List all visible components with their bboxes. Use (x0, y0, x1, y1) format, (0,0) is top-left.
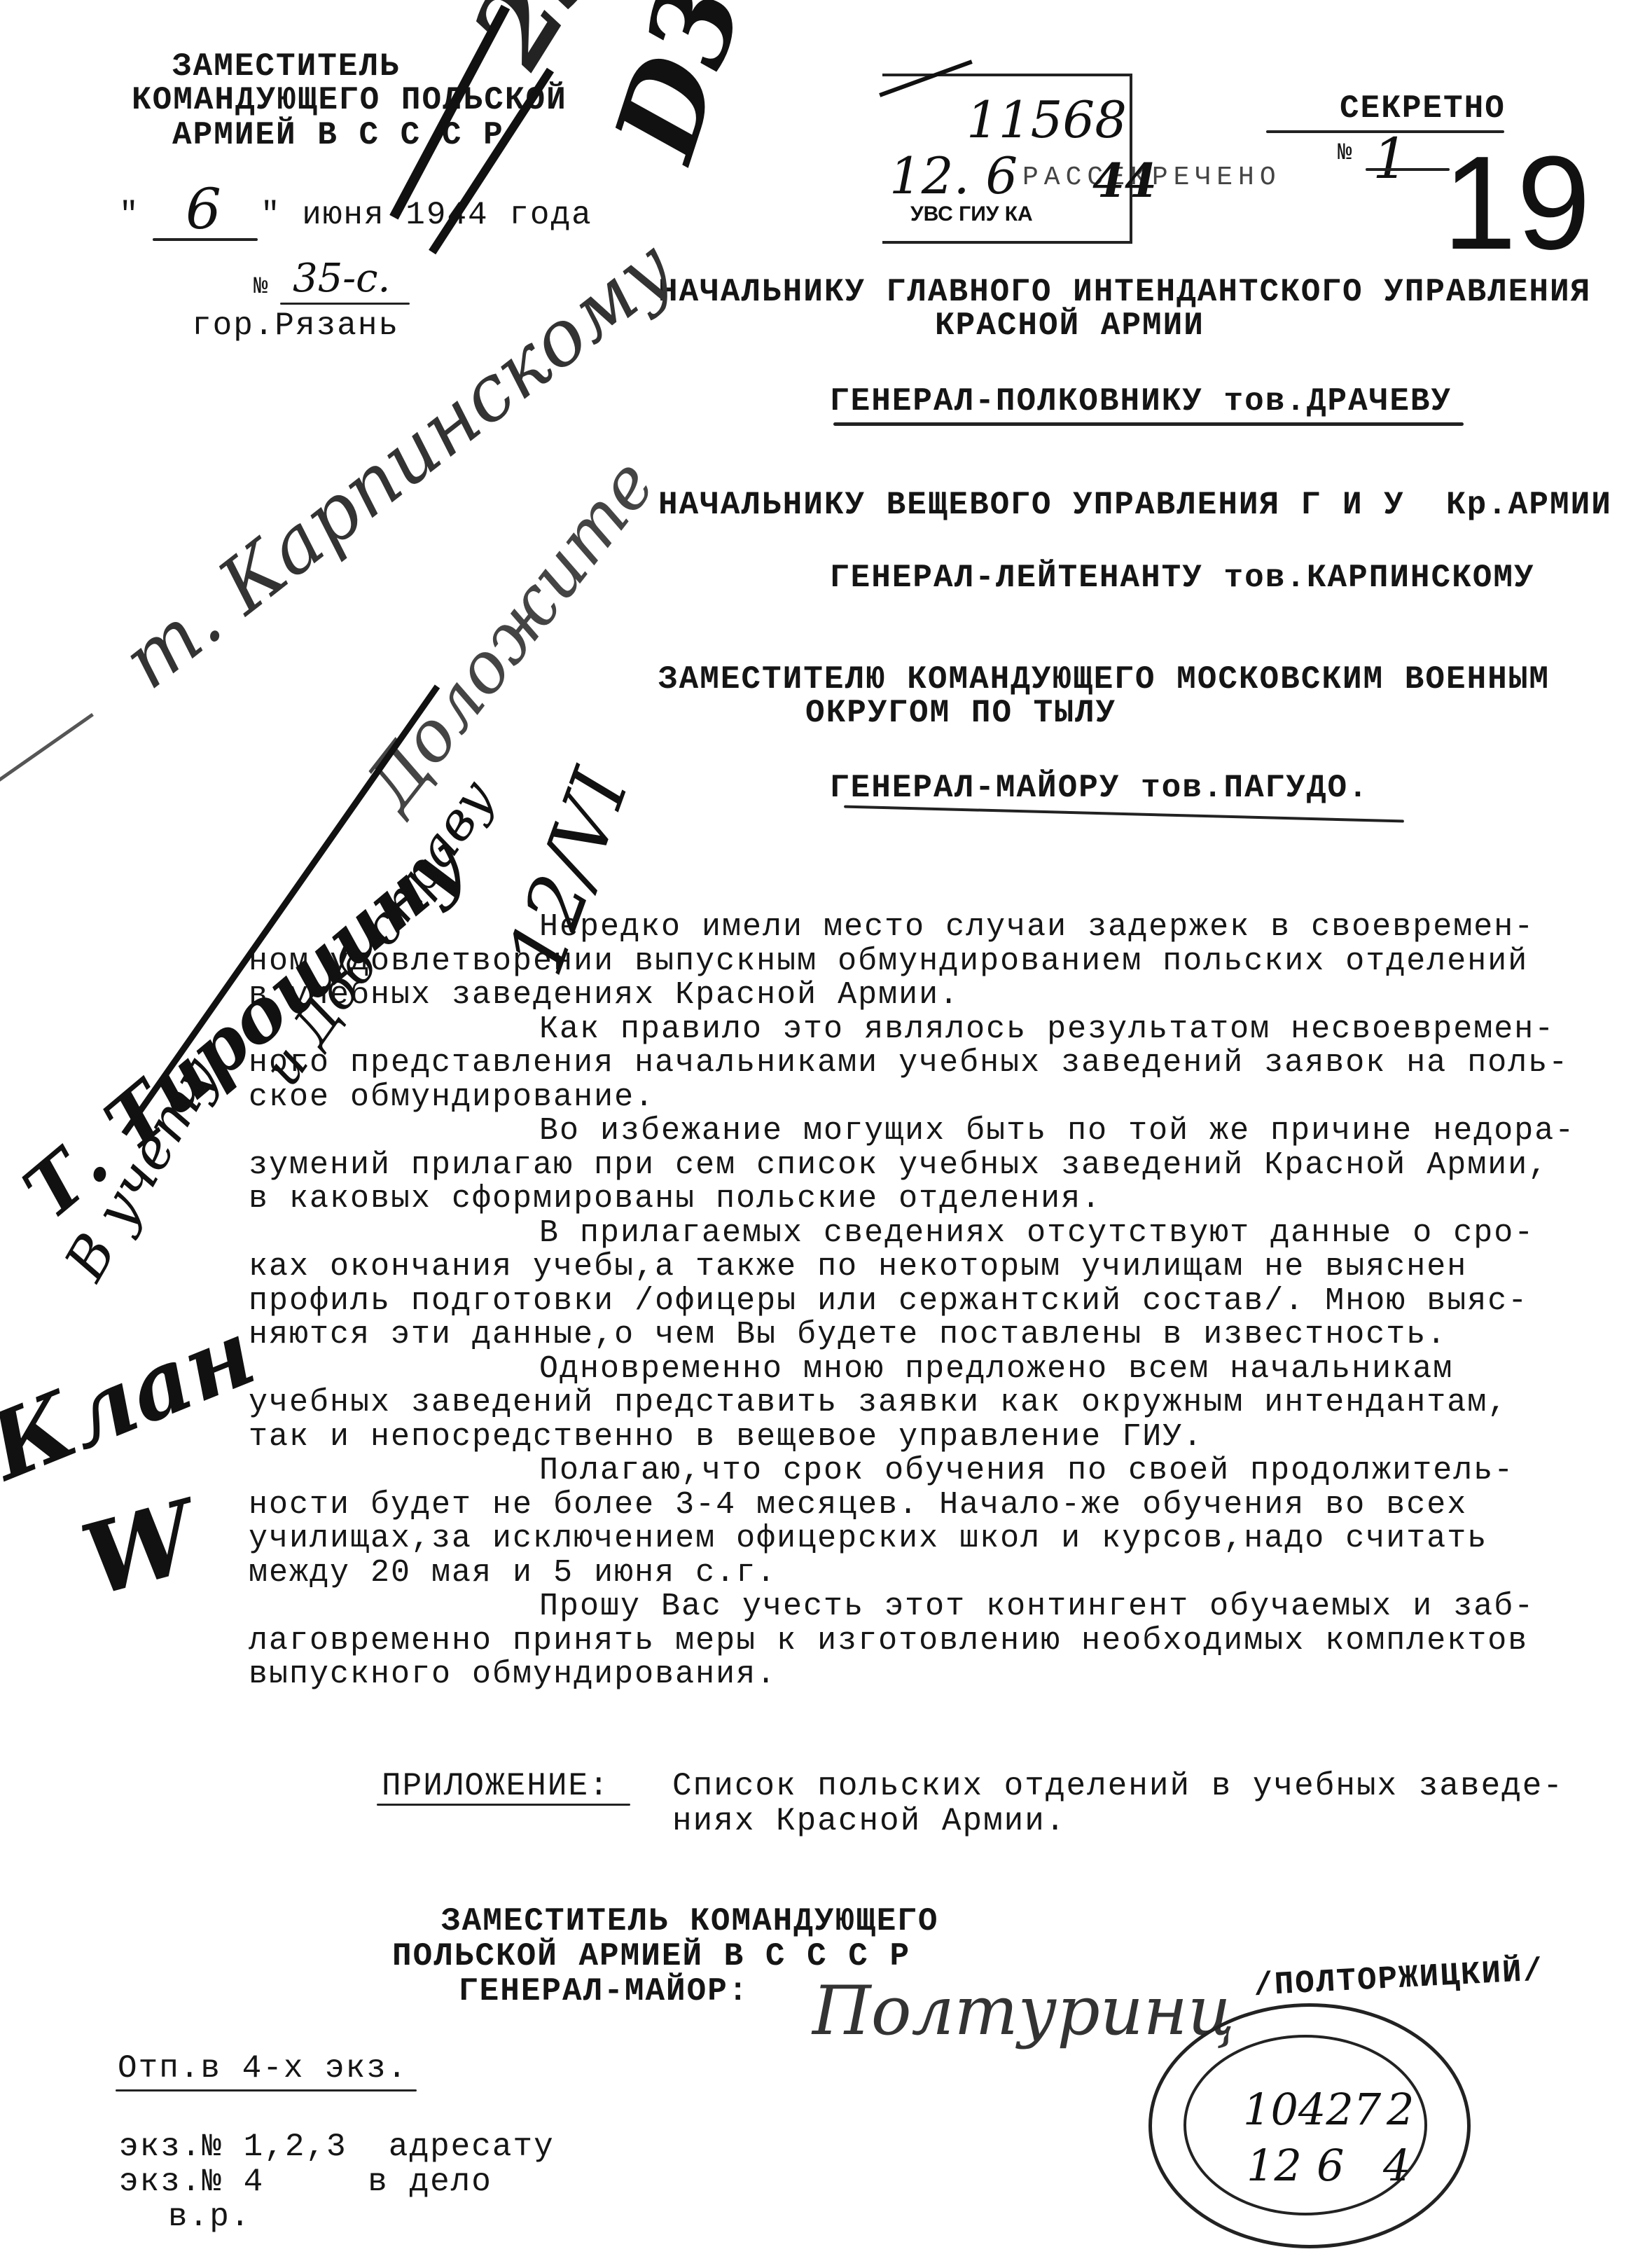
handwritten-mark-right: D38/2 (589, 0, 829, 174)
number-value-handwritten: 35-с. (293, 256, 390, 301)
incoming-stamp: 11568 12. 6 РАССЕКРЕЧЕНО 44 УВС ГИУ КА (882, 74, 1132, 244)
body-paragraph: Одновременно мною предложено всем началь… (249, 1353, 1600, 1455)
body-line: Как правило это являлось результатом нес… (249, 1013, 1600, 1047)
body-line: Полагаю,что срок обучения по своей продо… (249, 1454, 1600, 1488)
addressee-1-rank-name: ГЕНЕРАЛ-ПОЛКОВНИКУ тов.ДРАЧЕВУ (830, 384, 1452, 419)
addressee-1-title-2: КРАСНОЙ АРМИИ (935, 308, 1205, 343)
stamp-year: 44 (1092, 153, 1157, 208)
body-line: ном удовлетворении выпускным обмундирова… (249, 945, 1600, 979)
round-stamp-month: 6 (1317, 2140, 1344, 2191)
distribution-header: Отп.в 4-х экз. (118, 2051, 408, 2086)
addressee-3-title-1: ЗАМЕСТИТЕЛЮ КОМАНДУЮЩЕГО МОСКОВСКИМ ВОЕН… (658, 662, 1550, 697)
addressee-2-title-1: НАЧАЛЬНИКУ ВЕЩЕВОГО УПРАВЛЕНИЯ Г И У Кр.… (658, 488, 1612, 523)
body-line: Прошу Вас учесть этот контингент обучаем… (249, 1590, 1600, 1624)
date-quote-open: " (119, 198, 140, 233)
stamp-unit: УВС ГИУ КА (910, 202, 1033, 226)
round-stamp-reg-number: 10427 (1243, 2084, 1381, 2135)
body-line: ках окончания учебы,а также по некоторым… (249, 1250, 1600, 1285)
body-line: между 20 мая и 5 июня с.г. (249, 1556, 1600, 1591)
copy-underline (1366, 168, 1450, 171)
signatory-name: /ПОЛТОРЖИЦКИЙ/ (1253, 1954, 1545, 2004)
stamp-strike (879, 60, 973, 97)
addressee-1-title-1: НАЧАЛЬНИКУ ГЛАВНОГО ИНТЕНДАНТСКОГО УПРАВ… (658, 275, 1591, 310)
body-paragraph: Как правило это являлось результатом нес… (249, 1013, 1600, 1115)
body-paragraph: Нередко имели место случаи задержек в св… (249, 911, 1600, 1013)
attachment-line-2: ниях Красной Армии. (672, 1804, 1067, 1839)
typist-mark: в.р. (168, 2199, 251, 2234)
body-line: в учебных заведениях Красной Армии. (249, 979, 1600, 1013)
document-page: ЗАМЕСТИТЕЛЬ КОМАНДУЮЩЕГО ПОЛЬСКОЙ АРМИЕЙ… (0, 0, 1652, 2254)
round-stamp-year: 4 (1383, 2140, 1410, 2191)
body-line: училищах,за исключением офицерских школ … (249, 1522, 1600, 1556)
body-line: ного представления начальниками учебных … (249, 1046, 1600, 1081)
round-stamp-suffix: 2 (1387, 2084, 1414, 2135)
body-line: зумений прилагаю при сем список учебных … (249, 1149, 1600, 1183)
body-line: выпускного обмундирования. (249, 1658, 1600, 1692)
number-label: № (254, 270, 269, 305)
body-line: так и непосредственно в вещевое управлен… (249, 1420, 1600, 1455)
body-line: няются эти данные,о чем Вы будете постав… (249, 1318, 1600, 1353)
addressee-3-rank-name: ГЕНЕРАЛ-МАЙОРУ тов.ПАГУДО. (830, 770, 1369, 806)
attachment-label-underline (377, 1804, 630, 1806)
body-paragraph: Полагаю,что срок обучения по своей продо… (249, 1454, 1600, 1590)
body-paragraph: Во избежание могущих быть по той же прич… (249, 1114, 1600, 1217)
distribution-line-2: экз.№ 4 в дело (119, 2164, 492, 2199)
distribution-underline (116, 2089, 417, 2091)
round-stamp-day: 12 (1247, 2140, 1302, 2191)
stamp-date: 12. 6 (889, 146, 1018, 205)
issuer-line-3: АРМИЕЙ В С С С Р (172, 118, 504, 153)
classification-label: СЕКРЕТНО (1340, 91, 1506, 126)
body-line: Во избежание могущих быть по той же прич… (249, 1114, 1600, 1149)
body-line: В прилагаемых сведениях отсутствуют данн… (249, 1217, 1600, 1251)
date-day-handwritten: 6 (186, 177, 221, 242)
letter-body: Нередко имели место случаи задержек в св… (249, 911, 1600, 1692)
number-underline (280, 303, 410, 305)
body-line: Одновременно мною предложено всем началь… (249, 1353, 1600, 1387)
date-rest: " июня 1944 года (261, 198, 592, 233)
round-stamp: 10427 2 12 6 4 (1148, 2003, 1471, 2248)
body-line: в каковых сформированы польские отделени… (249, 1182, 1600, 1217)
handwritten-signature: Полтуринц (812, 1972, 1235, 2050)
signature-line-1: ЗАМЕСТИТЕЛЬ КОМАНДУЮЩЕГО (441, 1904, 939, 1939)
body-paragraph: Прошу Вас учесть этот контингент обучаем… (249, 1590, 1600, 1692)
addressee-1-underline (833, 422, 1464, 426)
attachment-line-1: Список польских отделений в учебных заве… (672, 1769, 1564, 1804)
resolution-left-bottom: Клан (0, 1299, 269, 1501)
body-line: ское обмундирование. (249, 1081, 1600, 1115)
body-line: лаговременно принять меры к изготовлению… (249, 1624, 1600, 1659)
body-line: Нередко имели место случаи задержек в св… (249, 911, 1600, 945)
issuer-line-2: КОМАНДУЮЩЕГО ПОЛЬСКОЙ (132, 83, 567, 118)
sheet-number-handwritten: 19 (1443, 137, 1590, 270)
body-line: профиль подготовки /офицеры или сержантс… (249, 1285, 1600, 1319)
addressee-2-rank-name: ГЕНЕРАЛ-ЛЕЙТЕНАНТУ тов.КАРПИНСКОМУ (830, 560, 1535, 595)
signature-line-2: ПОЛЬСКОЙ АРМИЕЙ В С С С Р (392, 1939, 910, 1974)
stamp-reg-number: 11568 (966, 90, 1127, 149)
resolution-thin-line (0, 713, 94, 1118)
body-line: ности будет не более 3-4 месяцев. Начало… (249, 1488, 1600, 1523)
attachment-label: ПРИЛОЖЕНИЕ: (382, 1769, 610, 1804)
date-underline (153, 238, 258, 241)
addressee-3-title-2: ОКРУГОМ ПО ТЫЛУ (805, 696, 1116, 731)
issuer-line-1: ЗАМЕСТИТЕЛЬ (172, 49, 401, 84)
distribution-line-1: экз.№ 1,2,3 адресату (119, 2129, 555, 2164)
body-paragraph: В прилагаемых сведениях отсутствуют данн… (249, 1217, 1600, 1353)
body-line: учебных заведений представить заявки как… (249, 1386, 1600, 1420)
resolution-left-bottom-2: W (71, 1479, 207, 1619)
copy-value-handwritten: 1 (1373, 126, 1408, 191)
signature-line-3: ГЕНЕРАЛ-МАЙОР: (459, 1974, 749, 2009)
copy-label: № (1338, 136, 1353, 171)
addressee-3-underline (844, 806, 1404, 823)
city: гор.Рязань (192, 308, 399, 343)
